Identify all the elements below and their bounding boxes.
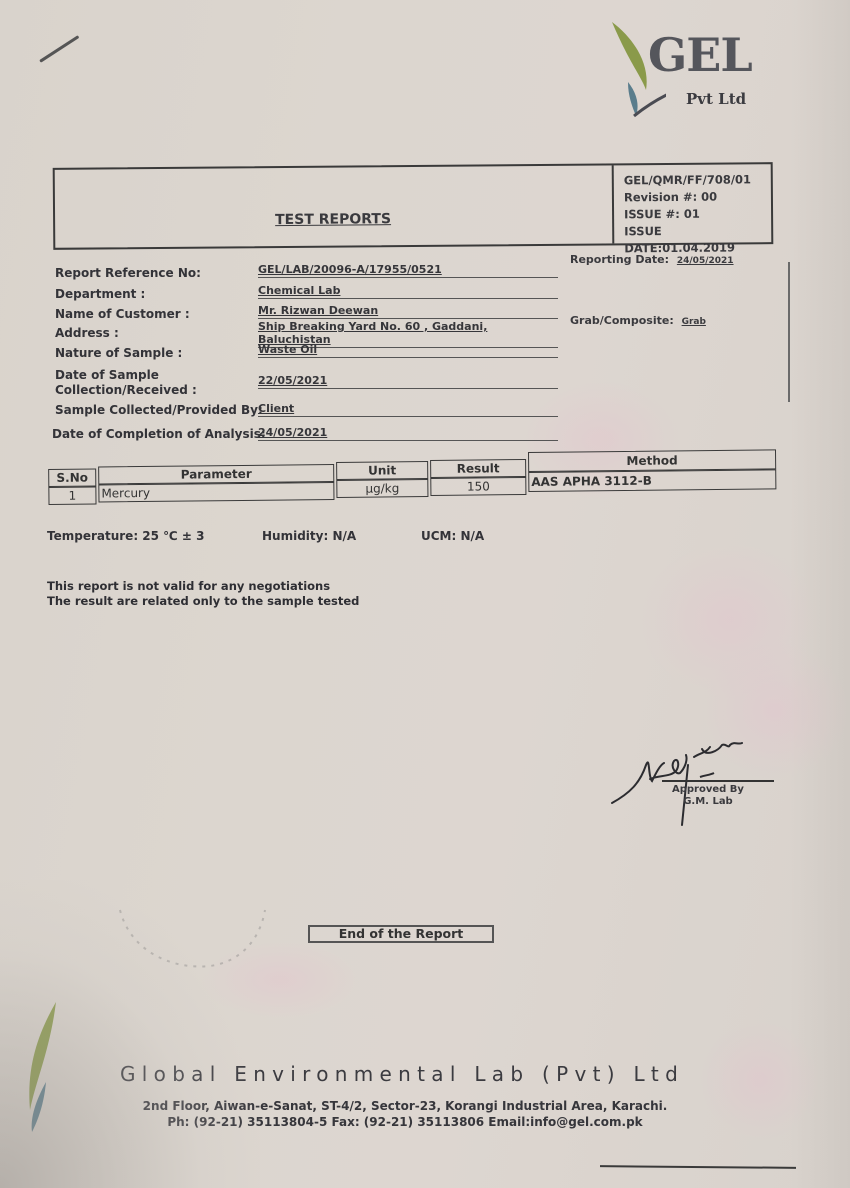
page-title: TEST REPORTS [275,211,391,228]
logo-subtitle: Pvt Ltd [686,90,746,108]
field-value: 24/05/2021 [258,426,558,441]
approved-by-text: Approved By [672,784,744,796]
cell-method: AAS APHA 3112-B [528,469,776,492]
header-method: Method [528,449,776,472]
disclaimer-notes: This report is not valid for any negotia… [47,579,359,609]
grab-composite: Grab/Composite: Grab [570,314,706,327]
field-label: Sample Collected/Provided By: [55,403,263,418]
reporting-date-value: 24/05/2021 [677,256,734,266]
paper-stain [640,540,820,700]
revision: Revision #: 00 [624,188,773,206]
field-label: Report Reference No: [55,266,201,281]
cell-parameter: Mercury [98,482,334,502]
field-value: Mr. Rizwan Deewan [258,304,558,319]
field-label: Date of Completion of Analysis: [52,427,266,442]
field-value: GEL/LAB/20096-A/17955/0521 [258,263,558,278]
faint-stamp-icon [110,890,280,980]
logo-text: GEL [648,28,752,82]
footer-address: 2nd Floor, Aiwan-e-Sanat, ST-4/2, Sector… [10,1098,800,1114]
footer-company-name: Global Environmental Lab (Pvt) Ltd [120,1062,684,1086]
header-sno: S.No [48,468,96,487]
cell-sno: 1 [48,486,96,505]
approval-signature: Approved By G.M. Lab [610,735,780,845]
footer-contact: 2nd Floor, Aiwan-e-Sanat, ST-4/2, Sector… [0,1098,800,1130]
field-value: Waste Oil [258,343,558,358]
field-value: 22/05/2021 [258,374,558,389]
field-value: Chemical Lab [258,284,558,299]
pen-mark [39,35,79,63]
temperature: Temperature: 25 ℃ ± 3 [47,529,204,543]
grab-composite-value: Grab [682,317,706,327]
grab-composite-label: Grab/Composite: [570,314,674,327]
reporting-date-label: Reporting Date: [570,253,669,266]
header-unit: Unit [336,461,428,480]
humidity: Humidity: N/A [262,529,356,543]
header-result: Result [430,459,526,478]
approval-label: Approved By G.M. Lab [672,784,744,808]
report-header-box: TEST REPORTS GEL/QMR/FF/708/01 Revision … [53,162,774,250]
results-table: S.No Parameter Unit Result Method 1 Merc… [48,447,776,455]
note-line: The result are related only to the sampl… [47,594,359,609]
field-value: Client [258,402,558,417]
issue-number: ISSUE #: 01 [624,205,773,223]
field-label: Nature of Sample : [55,346,182,361]
cell-result: 150 [430,477,526,496]
field-label: Department : [55,287,145,302]
field-label: Name of Customer : [55,307,190,322]
footer-phone-email: Ph: (92-21) 35113804-5 Fax: (92-21) 3511… [10,1114,800,1130]
field-label: Address : [55,326,119,341]
cell-unit: µg/kg [336,479,428,498]
reporting-date: Reporting Date: 24/05/2021 [570,253,734,266]
end-of-report: End of the Report [308,925,494,943]
document-control-block: GEL/QMR/FF/708/01 Revision #: 00 ISSUE #… [612,164,774,243]
signature-line [662,780,774,782]
ucm: UCM: N/A [421,529,484,543]
note-line: This report is not valid for any negotia… [47,579,359,594]
gel-logo: GEL Pvt Ltd [606,20,756,120]
approver-title: G.M. Lab [672,796,744,808]
doc-code: GEL/QMR/FF/708/01 [624,171,773,189]
paper-shadow-right [790,0,850,1188]
field-label: Date of Sample Collection/Received : [55,368,225,398]
margin-rule [788,262,790,402]
footer-rule [600,1165,796,1169]
